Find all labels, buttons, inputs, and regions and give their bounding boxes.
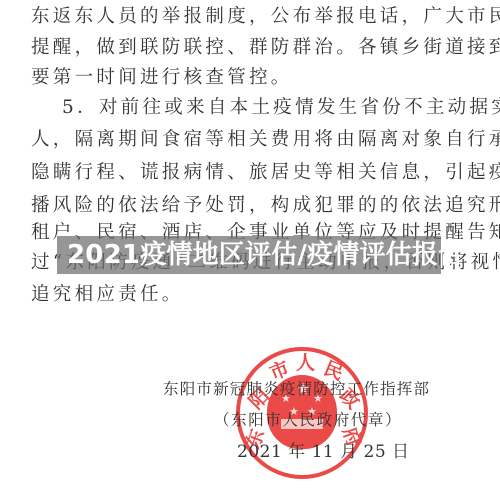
seal-note: （东阳市人民政府代章） — [214, 410, 402, 430]
seal-ring-char: 人 — [296, 353, 315, 373]
body-line-10: 追究相应责任。 — [31, 283, 469, 307]
document-page: 东返东人员的举报制度，公布举报电话，广大市民群众要相互 提醒，做到联防联控、群防… — [0, 0, 500, 503]
body-line-4-item-5: 5．对前往或来自本土疫情发生省份不主动据实申报的个 — [62, 96, 469, 120]
issue-date: 2021 年 11 月 25 日 — [237, 442, 410, 462]
overlay-title-band: 2021疫情地区评估/疫情评估报告 — [57, 236, 441, 274]
issuer-name: 东阳市新冠肺炎疫情防控工作指挥部 — [163, 379, 430, 399]
body-line-7: 播风险的依法给予处罚，构成犯罪的的依法追究刑事责任。出 — [31, 194, 469, 218]
overlay-title: 2021疫情地区评估/疫情评估报告 — [67, 239, 464, 271]
body-line-1: 东返东人员的举报制度，公布举报电话，广大市民群众要相互 — [31, 5, 469, 29]
body-line-6: 隐瞒行程、谎报病情、旅居史等相关信息，引起疫情传播或传 — [31, 161, 469, 185]
body-line-2: 提醒，做到联防联控、群防群治。各镇乡街道接到举报电话后 — [31, 36, 469, 60]
body-line-3: 要第一时间进行核查管控。 — [31, 66, 469, 90]
body-line-5: 人，隔离期间食宿等相关费用将由隔离对象自行承担；对故意 — [31, 128, 469, 152]
